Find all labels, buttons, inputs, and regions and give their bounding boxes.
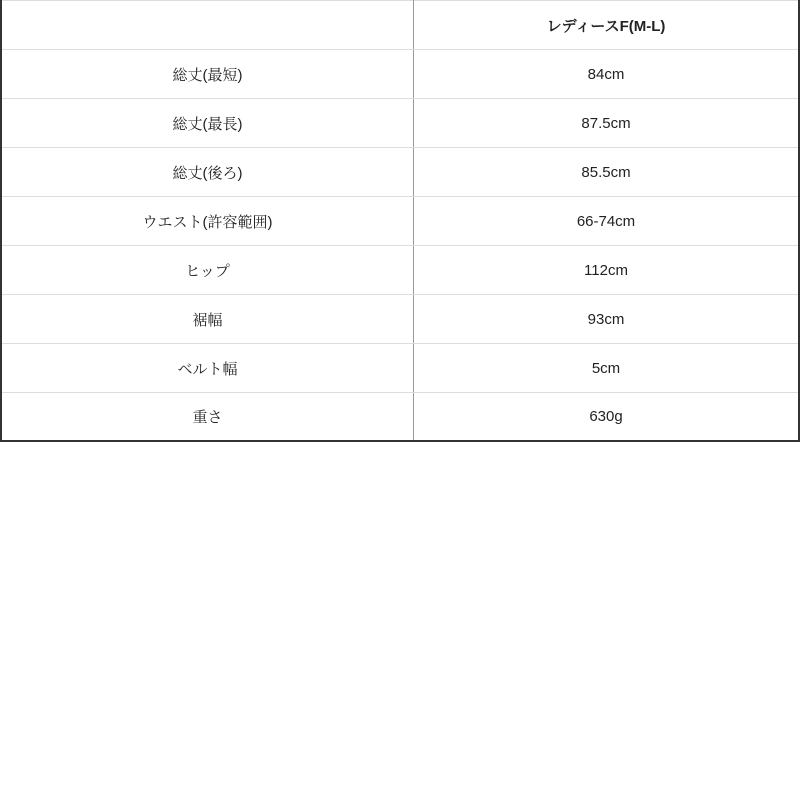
header-label-cell xyxy=(1,1,414,50)
row-label: 総丈(最短) xyxy=(1,50,414,99)
row-label: ベルト幅 xyxy=(1,344,414,393)
table-row: 総丈(最長) 87.5cm xyxy=(1,99,799,148)
table-header-row: レディースF(M-L) xyxy=(1,1,799,50)
row-value: 5cm xyxy=(414,344,800,393)
row-label: 裾幅 xyxy=(1,295,414,344)
row-label: 総丈(最長) xyxy=(1,99,414,148)
row-value: 112cm xyxy=(414,246,800,295)
size-chart-table: レディースF(M-L) 総丈(最短) 84cm 総丈(最長) 87.5cm 総丈… xyxy=(0,0,800,442)
row-label: 重さ xyxy=(1,393,414,442)
row-value: 93cm xyxy=(414,295,800,344)
row-label: 総丈(後ろ) xyxy=(1,148,414,197)
table-row: ベルト幅 5cm xyxy=(1,344,799,393)
row-value: 66-74cm xyxy=(414,197,800,246)
row-label: ウエスト(許容範囲) xyxy=(1,197,414,246)
row-value: 630g xyxy=(414,393,800,442)
table-row: 裾幅 93cm xyxy=(1,295,799,344)
table-row: 総丈(最短) 84cm xyxy=(1,50,799,99)
table-row: ウエスト(許容範囲) 66-74cm xyxy=(1,197,799,246)
table-row: 重さ 630g xyxy=(1,393,799,442)
row-value: 85.5cm xyxy=(414,148,800,197)
row-label: ヒップ xyxy=(1,246,414,295)
row-value: 87.5cm xyxy=(414,99,800,148)
row-value: 84cm xyxy=(414,50,800,99)
table-row: ヒップ 112cm xyxy=(1,246,799,295)
table-row: 総丈(後ろ) 85.5cm xyxy=(1,148,799,197)
header-size-cell: レディースF(M-L) xyxy=(414,1,800,50)
